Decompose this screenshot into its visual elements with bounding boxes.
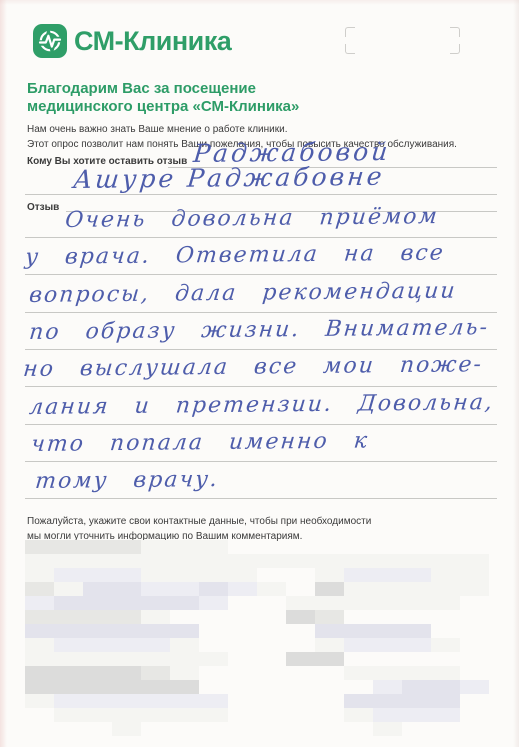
- review-rule-line-8: [25, 498, 497, 499]
- intro-text-line1: Нам очень важно знать Ваше мнение о рабо…: [27, 122, 457, 137]
- review-field-label: Отзыв: [27, 202, 59, 213]
- thank-you-heading-line1: Благодарим Вас за посещение: [27, 80, 299, 98]
- review-handwriting-line-3: вопросы, дала рекомендации: [28, 279, 458, 308]
- review-handwriting-line-8: тому врачу.: [34, 467, 220, 494]
- thank-you-heading: Благодарим Вас за посещение медицинского…: [27, 80, 299, 117]
- redacted-contact-info: [25, 540, 489, 736]
- heartbeat-wave-in-circle-icon: [33, 24, 67, 58]
- stamp-corner-marks: [345, 27, 460, 54]
- contact-note-line1: Пожалуйста, укажите свои контактные данн…: [27, 514, 371, 529]
- review-handwriting-line-7: что попала именно к: [30, 428, 370, 457]
- review-rule-line-4: [25, 349, 497, 350]
- scanned-feedback-form: СМ-Клиника Благодарим Вас за посещение м…: [0, 0, 519, 747]
- clinic-logo-text: СМ-Клиника: [74, 26, 231, 57]
- clinic-logo: СМ-Клиника: [33, 24, 231, 58]
- thank-you-heading-line2: медицинского центра «СМ-Клиника»: [27, 98, 299, 116]
- review-handwriting-line-4: по образу жизни. Вниматель-: [28, 315, 490, 345]
- recipient-handwriting-line2: Ашуре Раджабовне: [72, 162, 386, 194]
- review-rule-line-3: [25, 312, 497, 313]
- review-handwriting-line-5: но выслушала все мои поже-: [22, 352, 484, 382]
- review-rule-line-7: [25, 461, 497, 462]
- review-rule-line-1: [25, 237, 497, 238]
- review-handwriting-line-2: у врача. Ответила на все: [24, 241, 446, 270]
- review-handwriting-line-1: Очень довольна приёмом: [64, 204, 440, 233]
- review-rule-line-6: [25, 424, 497, 425]
- review-rule-line-5: [25, 386, 497, 387]
- recipient-rule-line-2: [25, 194, 497, 195]
- review-rule-line-2: [25, 274, 497, 275]
- review-handwriting-line-6: лания и претензии. Довольна,: [28, 390, 495, 420]
